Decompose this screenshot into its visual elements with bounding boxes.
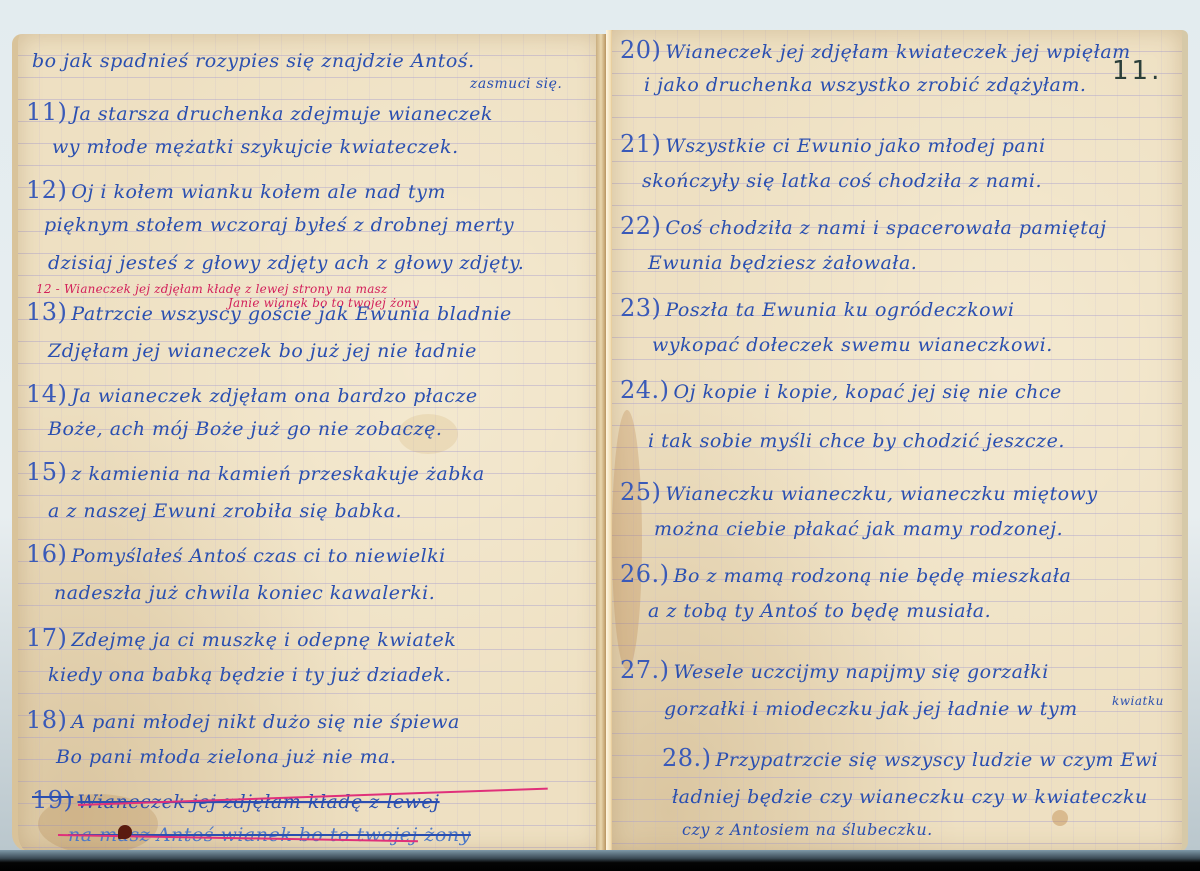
verse-26: 26.)Bo z mamą rodzoną nie będę mieszkała xyxy=(620,560,1071,588)
notebook-page-left: bo jak spadnieś rozypies się znajdzie An… xyxy=(12,34,602,852)
handwritten-line: Ewunia będziesz żałowała. xyxy=(648,252,917,274)
verse-number: 16) xyxy=(26,540,67,568)
handwritten-line: dzisiaj jesteś z głowy zdjęty ach z głow… xyxy=(48,252,524,274)
handwritten-line: ładniej będzie czy wianeczku czy w kwiat… xyxy=(672,786,1148,808)
verse-number: 24.) xyxy=(620,376,670,404)
handwritten-line: można ciebie płakać jak mamy rodzonej. xyxy=(654,518,1063,540)
verse-21: 21)Wszystkie ci Ewunio jako młodej pani xyxy=(620,130,1046,158)
handwritten-line: i tak sobie myśli chce by chodzić jeszcz… xyxy=(648,430,1065,452)
verse-number: 26.) xyxy=(620,560,670,588)
verse-13: 13)Patrzcie wszyscy goście jak Ewunia bl… xyxy=(26,298,512,326)
handwritten-line: wy młode mężatki szykujcie kwiateczek. xyxy=(52,136,459,158)
handwritten-line: pięknym stołem wczoraj byłeś z drobnej m… xyxy=(44,214,514,236)
verse-number: 14) xyxy=(26,380,67,408)
paper-stain xyxy=(612,410,642,670)
pink-annotation: 12 - Wianeczek jej zdjęłam kładę z lewej… xyxy=(36,282,387,296)
handwritten-line: Bo pani młoda zielona już nie ma. xyxy=(56,746,397,768)
verse-number: 27.) xyxy=(620,656,670,684)
handwritten-line: bo jak spadnieś rozypies się znajdzie An… xyxy=(32,50,475,72)
verse-20: 20)Wianeczek jej zdjęłam kwiateczek jej … xyxy=(620,36,1131,64)
handwritten-line: czy z Antosiem na ślubeczku. xyxy=(682,820,933,839)
verse-number: 18) xyxy=(26,706,67,734)
handwritten-line: a z naszej Ewuni zrobiła się babka. xyxy=(48,500,402,522)
handwritten-line: nadeszła już chwila koniec kawalerki. xyxy=(54,582,435,604)
verse-12: 12)Oj i kołem wianku kołem ale nad tym xyxy=(26,176,446,204)
verse-number: 11) xyxy=(26,98,67,126)
verse-number: 15) xyxy=(26,458,67,486)
handwritten-line: Zdjęłam jej wianeczek bo już jej nie ład… xyxy=(48,340,477,362)
handwritten-line: a z tobą ty Antoś to będę musiała. xyxy=(648,600,991,622)
handwritten-line: Boże, ach mój Boże już go nie zobaczę. xyxy=(48,418,442,440)
handwritten-line: kiedy ona babką będzie i ty już dziadek. xyxy=(48,664,452,686)
verse-number: 20) xyxy=(620,36,661,64)
verse-16: 16)Pomyślałeś Antoś czas ci to niewielki xyxy=(26,540,446,568)
verse-number: 28.) xyxy=(662,744,712,772)
verse-18: 18)A pani młodej nikt dużo się nie śpiew… xyxy=(26,706,460,734)
handwritten-line: wykopać dołeczek swemu wianeczkowi. xyxy=(652,334,1053,356)
verse-27: 27.)Wesele uczcijmy napijmy się gorzałki xyxy=(620,656,1049,684)
verse-number: 12) xyxy=(26,176,67,204)
verse-number: 21) xyxy=(620,130,661,158)
notebook-spine xyxy=(596,34,606,852)
handwritten-line: skończyły się latka coś chodziła z nami. xyxy=(642,170,1042,192)
handwritten-note: kwiatku xyxy=(1112,694,1164,708)
verse-24: 24.)Oj kopie i kopie, kopać jej się nie … xyxy=(620,376,1062,404)
verse-17: 17)Zdejmę ja ci muszkę i odepnę kwiatek xyxy=(26,624,456,652)
verse-28: 28.)Przypatrzcie się wszyscy ludzie w cz… xyxy=(662,744,1158,772)
verse-number: 25) xyxy=(620,478,661,506)
handwritten-note: zasmuci się. xyxy=(470,76,562,92)
verse-number: 19) xyxy=(32,786,73,814)
verse-number: 13) xyxy=(26,298,67,326)
handwritten-line: i jako druchenka wszystko zrobić zdążyła… xyxy=(644,74,1086,96)
handwritten-line: gorzałki i miodeczku jak jej ładnie w ty… xyxy=(664,698,1078,720)
paper-stain xyxy=(1052,810,1068,826)
ink-blot xyxy=(118,825,132,839)
notebook-page-right: 11. 20)Wianeczek jej zdjęłam kwiateczek … xyxy=(612,30,1188,852)
verse-14: 14)Ja wianeczek zdjęłam ona bardzo płacz… xyxy=(26,380,478,408)
verse-number: 22) xyxy=(620,212,661,240)
verse-22: 22)Coś chodziła z nami i spacerowała pam… xyxy=(620,212,1107,240)
verse-23: 23)Poszła ta Ewunia ku ogródeczkowi xyxy=(620,294,1014,322)
verse-11: 11)Ja starsza druchenka zdejmuje wianecz… xyxy=(26,98,493,126)
scanner-edge xyxy=(0,850,1200,871)
verse-number: 23) xyxy=(620,294,661,322)
verse-25: 25)Wianeczku wianeczku, wianeczku miętow… xyxy=(620,478,1098,506)
verse-number: 17) xyxy=(26,624,67,652)
verse-15: 15)z kamienia na kamień przeskakuje żabk… xyxy=(26,458,485,486)
